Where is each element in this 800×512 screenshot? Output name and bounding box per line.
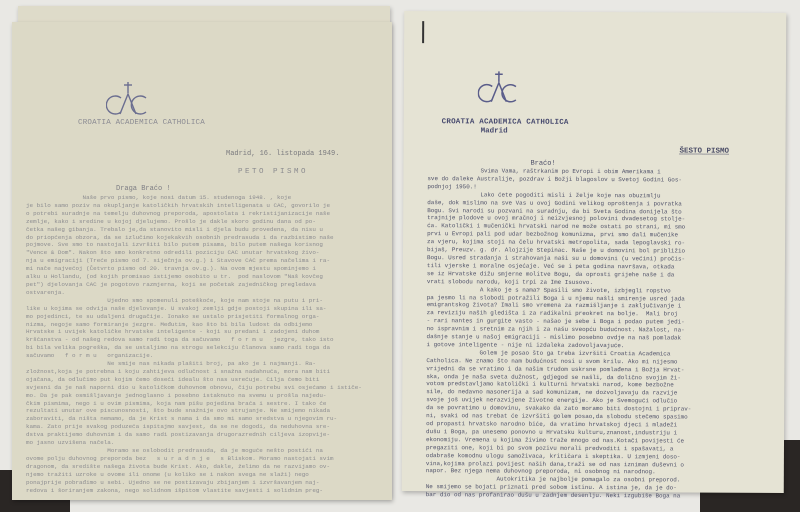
body-line: nizma, negoje samo formiranje jezgre. Me… <box>26 321 362 329</box>
body-line: pojmove. Sve smo to nastojali izvršiti b… <box>26 241 362 249</box>
organization-name: CROATIA ACADEMICA CATHOLICA <box>78 119 205 127</box>
body-line: zložnost,koja je potrebna i koju zahtije… <box>26 368 362 376</box>
left-letter-page: CROATIA ACADEMICA CATHOLICA Madrid, 16. … <box>12 22 392 500</box>
body-line: Moramo se oslobodit predrasuda, da je mo… <box>26 447 362 455</box>
body-line: nja u emigraciji (Treće pismo od 7. sije… <box>26 257 362 265</box>
body-line: mo jasno uzvišena načela. <box>26 439 362 447</box>
letter-body: Svima Vama, raštrkanim po Evropi i obim … <box>426 167 693 500</box>
letter-date: Madrid, 16. listopada 1949. <box>226 150 339 158</box>
body-line: kršćanstva - od našeg redova samo radi t… <box>26 336 362 344</box>
body-line: kama. Zato prije svakog poduzeća ispitaj… <box>26 423 362 431</box>
body-line: je bilo samo poziv na okupljanje katolič… <box>26 202 362 210</box>
letter-body: Naše prvo pismo, koje nosi datum 15. stu… <box>26 194 362 494</box>
body-line: četka našeg gibanja. Trebalo je,da stano… <box>26 226 362 234</box>
body-line: pet") djelovanja CAC je pogotovo razmjer… <box>26 281 362 289</box>
cac-logo-icon <box>478 69 520 105</box>
body-line: Hrvatske i uvijek katoličke hrvatske int… <box>26 328 362 336</box>
body-line: ponajprije pobrađimo u sebi. Ujedno se n… <box>26 479 362 487</box>
staple <box>422 21 424 43</box>
body-line: "Vence & Dom". Nakon što smo konkretno o… <box>26 249 362 257</box>
organization-city: Madrid <box>481 127 508 135</box>
letter-heading: PETO PISMO <box>238 168 308 176</box>
body-line: redova i šoriranjem zakona, nego solidno… <box>26 487 362 495</box>
body-line: čkim pismima, nego i u ovim pismima, koj… <box>26 400 362 408</box>
body-line: ostvarenja. <box>26 289 362 297</box>
body-line: bar dio od nas profanirao dušu u zadnjem… <box>426 491 691 500</box>
cac-logo-icon <box>106 80 150 118</box>
body-line: dragonom, da središte našega života bude… <box>26 463 362 471</box>
organization-name: CROATIA ACADEMICA CATHOLICA <box>442 118 569 127</box>
body-line: sačuvamo f o r m u organizacije. <box>26 352 362 360</box>
letter-greeting: Draga Braćo ! <box>116 185 171 193</box>
body-line: rezultati unutar ove piscunosnosti, što … <box>26 407 362 415</box>
body-line: ojačana, da odlučimo put kojim ćemo dose… <box>26 376 362 384</box>
body-line: mo pojedinci, te su udaljeni drugačije. … <box>26 313 362 321</box>
body-line: zaboraviti, da ništa nemamo, da je Krist… <box>26 415 362 423</box>
body-line: ovome polju duhovnog preporoda bez s u r… <box>26 455 362 463</box>
body-line: dstva praktijemo duhovnim i da samo radi… <box>26 431 362 439</box>
body-line: bi bila velika pogreška, da se ustaljimo… <box>26 344 362 352</box>
body-line: njemo tražiti uzroke u ovome ili onome (… <box>26 471 362 479</box>
body-line: mo. Da je pak osmišljavanje jednoglasno … <box>26 392 362 400</box>
body-line: mi nače najvećoj (Četvrto pismo od 20. t… <box>26 265 362 273</box>
body-line: Ujedno smo spomenuli poteškoće, koje nam… <box>26 297 362 305</box>
body-line: Naše prvo pismo, koje nosi datum 15. stu… <box>26 194 362 202</box>
right-letter-page: CROATIA ACADEMICA CATHOLICA Madrid ŠESTO… <box>402 11 787 493</box>
body-line: zemlje, kako i sredine u kojoj djelujemo… <box>26 218 362 226</box>
letter-heading: ŠESTO PISMO <box>680 147 730 155</box>
body-line: svjesni da je naš naporni dio u katoličk… <box>26 384 362 392</box>
body-line: do priopćenja obzora, da se izlučimo koj… <box>26 234 362 242</box>
letter-greeting: Braćo! <box>530 160 555 168</box>
body-line: Ne smije nas nikada plašiti broj, pa ako… <box>26 360 362 368</box>
body-line: alku u Hollandu, (od kojih promisao isti… <box>26 273 362 281</box>
body-line: o potrebi suradnje na temelju duhovnog p… <box>26 210 362 218</box>
body-line: like u kojima se odvija naše djelovanje.… <box>26 305 362 313</box>
